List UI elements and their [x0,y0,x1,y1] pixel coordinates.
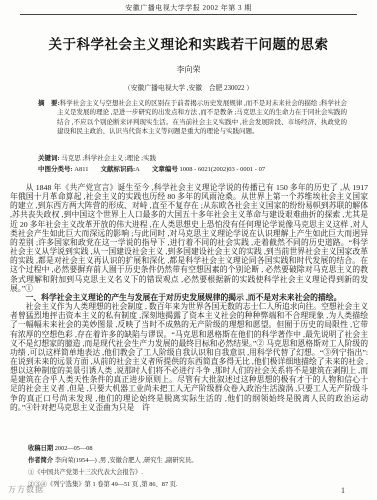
wanfang-watermark: 万方数据 [8,484,44,495]
keywords-text: 马克思 ;科学社会主义 ;理论 ;实践 [61,155,156,162]
author-bio-line: 作者简介 李向荣(1954—) ,男 ,安徽合肥人 ,研究生 ,副研究员。 [28,455,357,467]
page-number: 1 [341,486,345,495]
footnote-2: ②③④《列宁选集》第 1 卷第 49—51 页 ,第 86、87 页. [28,479,357,491]
received-date-label: 收稿日期 [28,445,53,452]
journal-header: 安徽广播电视大学学报 2002 年第 3 期 [0,3,377,13]
doc-code-label: 文献标识码: [101,166,136,173]
received-date-value: 2002—05—08 [55,445,93,452]
abstract-label: 摘 要: [38,100,60,107]
article-id-label: 文章编号 [152,166,178,173]
article-id-value: 1008 - 6021(2002)03 - 0001 - 07 [180,166,266,173]
page-title: 关于科学社会主义理论和实践若干问题的思索 [8,33,369,53]
section-1-heading: 一、科学社会主义理论的产生与发展在于对历史发展规律的揭示 ,而不是对未来社会的描… [10,293,368,302]
doc-code-value: A [135,166,140,173]
author-bio-label: 作者简介 [28,457,53,464]
footnotes: 收稿日期 2002—05—08 作者简介 李向荣(1954—) ,男 ,安徽合肥… [28,443,357,491]
paper-page: 安徽广播电视大学学报 2002 年第 3 期 关于科学社会主义理论和实践若干问题… [0,0,377,500]
author-name: 李向荣 [0,64,377,75]
footnote-1: ①《中国共产党第十三次代表大会报告》. [28,467,357,479]
body-paragraph-2: 社会主义作为人类理想的社会制度 , 数百年来为世界各国无数的志士仁人所追求向往。… [10,302,368,412]
abstract-text: 科学社会主义与空想社会主义的区别在于前者揭示历史发展规律 ,而不是对未来社会的描… [57,100,347,135]
clc-value: A811 [74,166,88,173]
abstract: 摘 要:科学社会主义与空想社会主义的区别在于前者揭示历史发展规律 ,而不是对未来… [38,99,347,136]
keywords: 关键词: 马克思 ;科学社会主义 ;理论 ;实践 [38,153,347,162]
body-paragraph-1: 从 1848 年《共产党宣言》诞生至今 ,科学社会主义理论学说的传播已有 150… [10,183,368,293]
clc-label: 中图分类号: [38,166,73,173]
author-bio-value: 李向荣(1954—) ,男 ,安徽合肥人 ,研究生 ,副研究员。 [55,457,198,464]
classification-line: 中图分类号: A811文献标识码:A文章编号 1008 - 6021(2002)… [38,164,357,173]
author-affiliation: （安徽广播电视大学 ,安徽 合肥 230022 ） [0,82,377,92]
header-divider [20,14,357,15]
keywords-label: 关键词: [38,155,60,162]
article-body: 从 1848 年《共产党宣言》诞生至今 ,科学社会主义理论学说的传播已有 150… [10,183,368,412]
received-date-line: 收稿日期 2002—05—08 [28,443,357,455]
